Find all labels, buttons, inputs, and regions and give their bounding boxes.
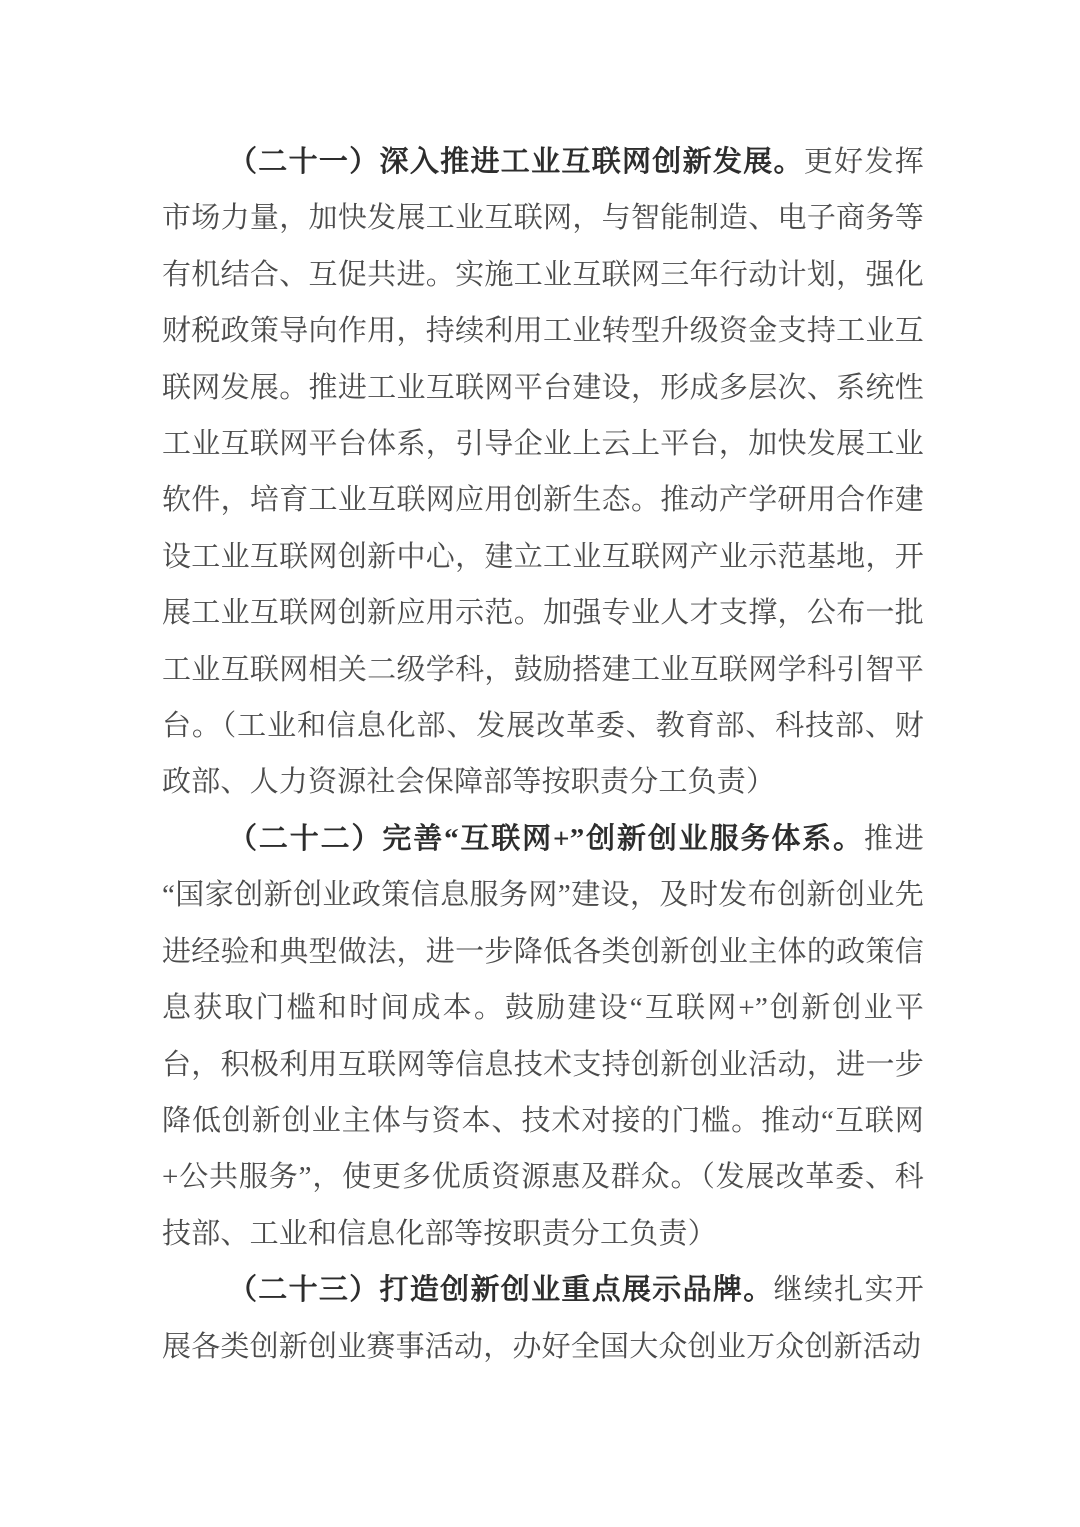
paragraph-22-heading: （二十二）完善“互联网+”创新创业服务体系。 xyxy=(228,823,864,855)
paragraph-22-body: 推进“国家创新创业政策信息服务网”建设，及时发布创新创业先进经验和典型做法，进一… xyxy=(162,823,924,1250)
paragraph-23-heading: （二十三）打造创新创业重点展示品牌。 xyxy=(228,1274,774,1306)
document-page: （二十一）深入推进工业互联网创新发展。更好发挥市场力量，加快发展工业互联网，与智… xyxy=(0,0,1080,1527)
paragraph-21-body: 更好发挥市场力量，加快发展工业互联网，与智能制造、电子商务等有机结合、互促共进。… xyxy=(162,146,924,798)
paragraph-23: （二十三）打造创新创业重点展示品牌。继续扎实开展各类创新创业赛事活动，办好全国大… xyxy=(162,1262,924,1375)
paragraph-21: （二十一）深入推进工业互联网创新发展。更好发挥市场力量，加快发展工业互联网，与智… xyxy=(162,134,924,811)
paragraph-21-heading: （二十一）深入推进工业互联网创新发展。 xyxy=(228,146,804,178)
paragraph-22: （二十二）完善“互联网+”创新创业服务体系。推进“国家创新创业政策信息服务网”建… xyxy=(162,811,924,1262)
